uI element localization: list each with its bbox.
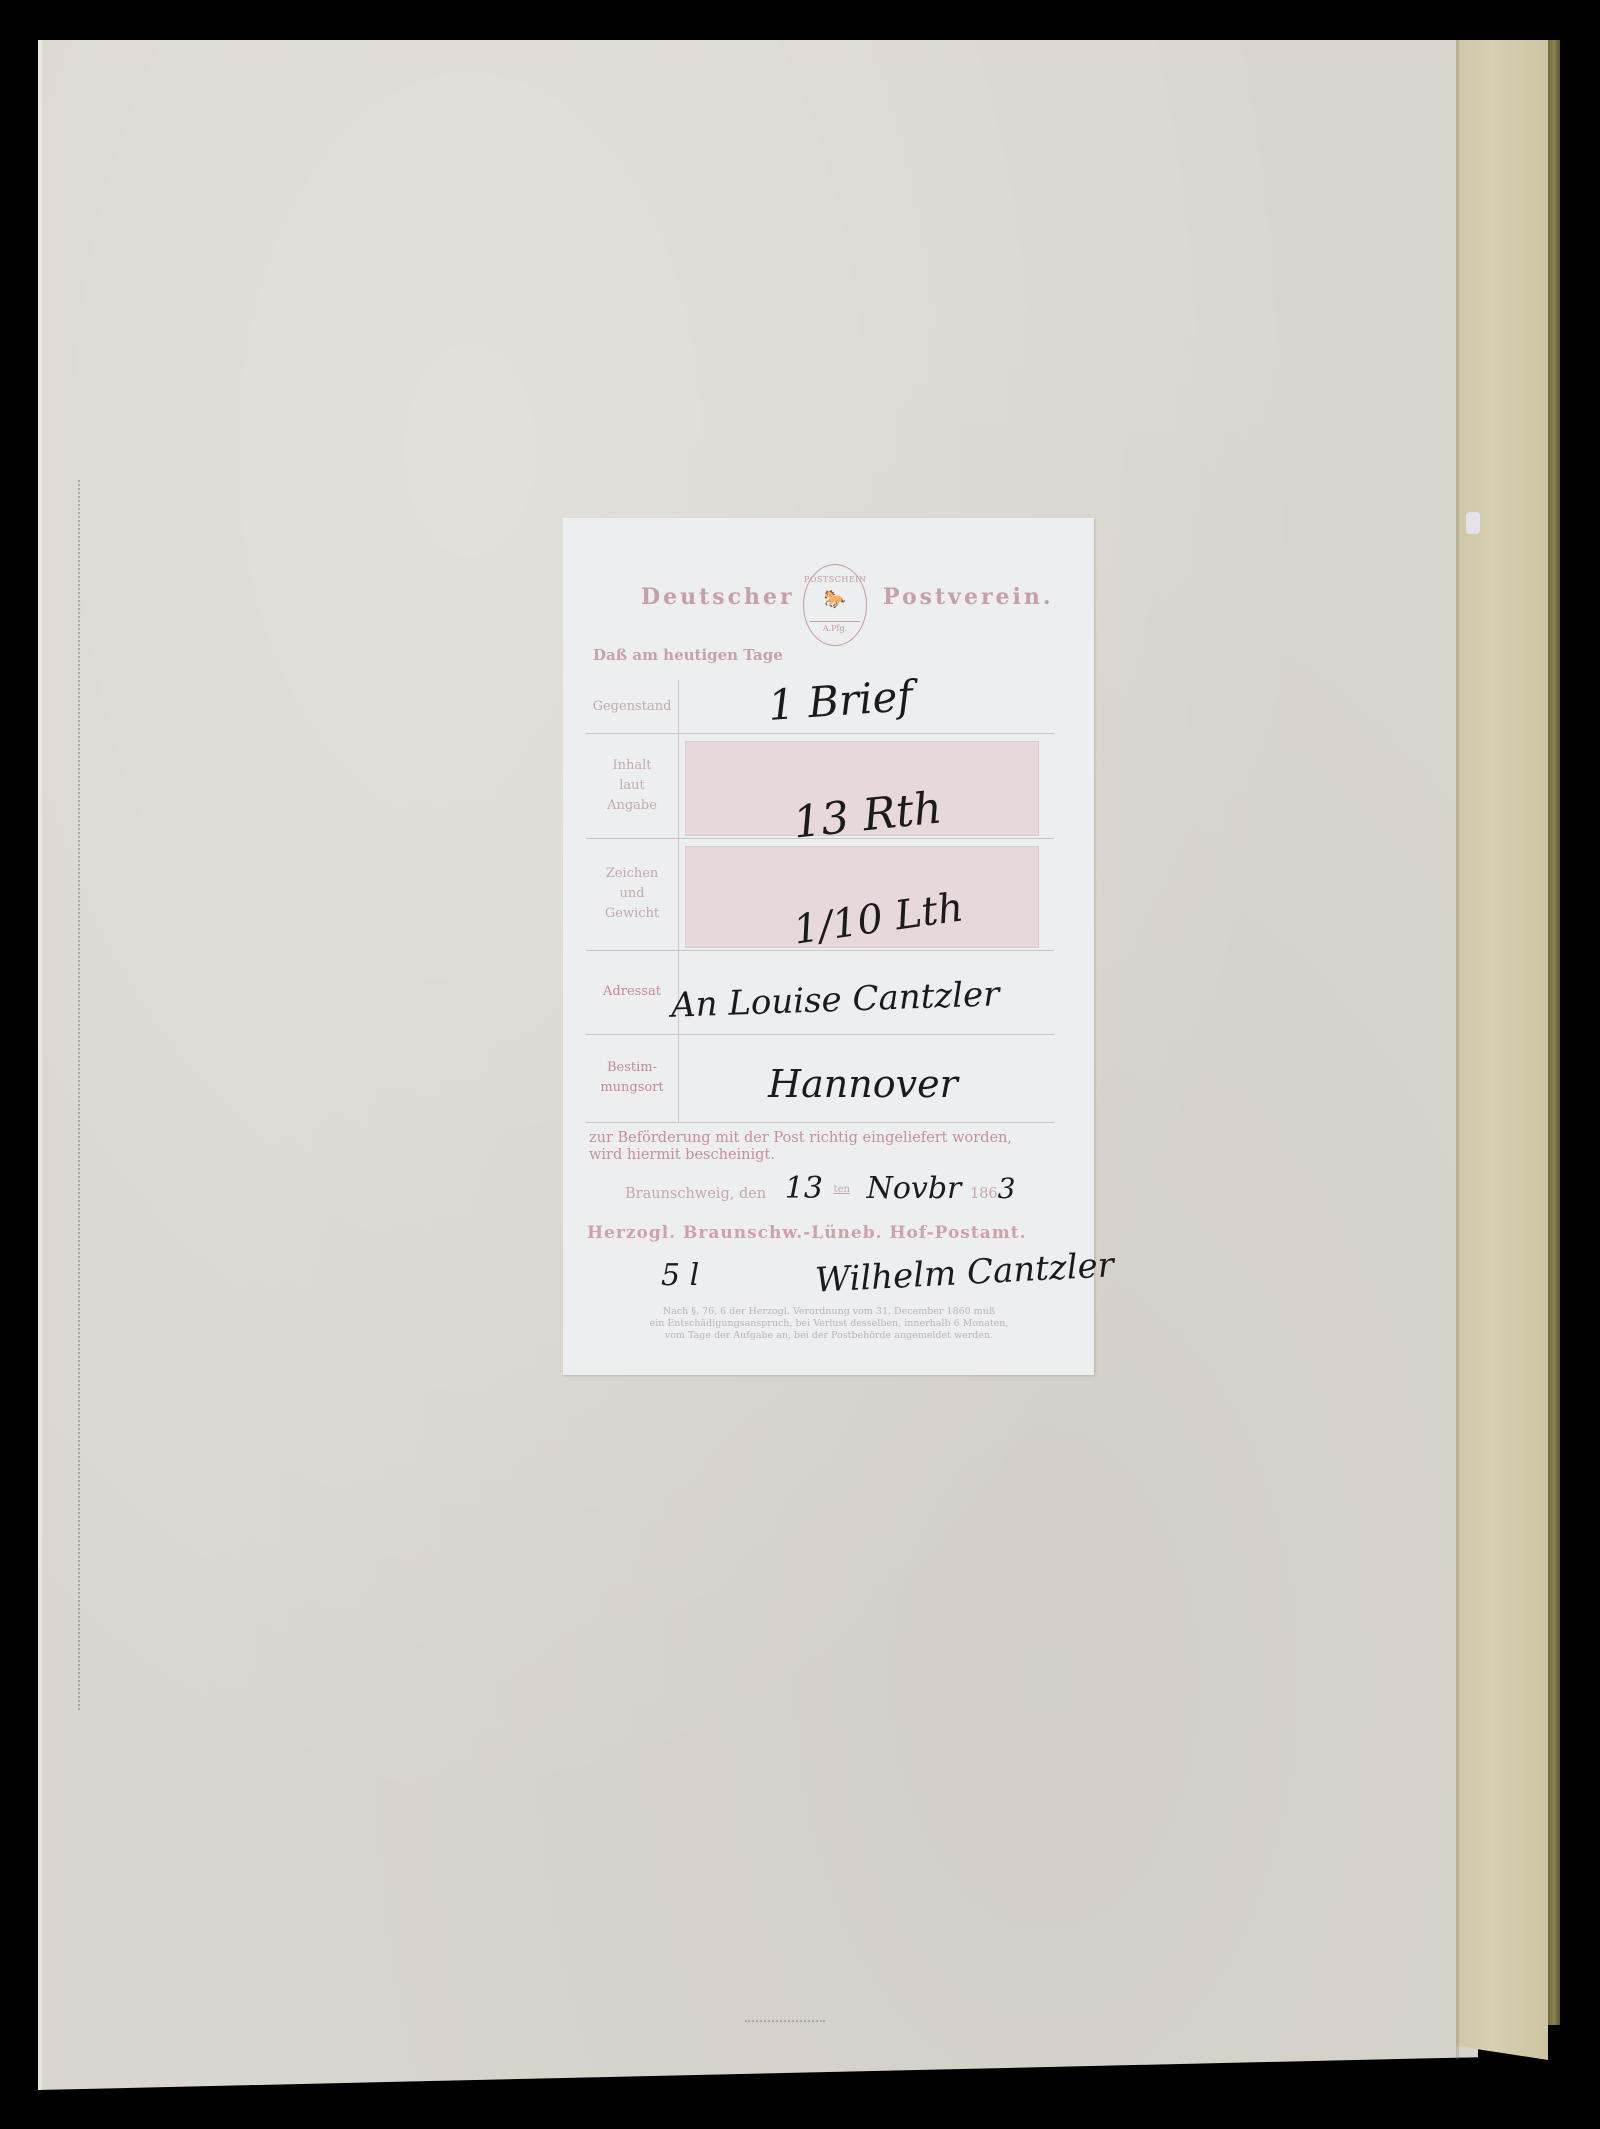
place-date-line: Braunschweig, den 13 ten Novbr 1863	[625, 1180, 1105, 1203]
label-line: und	[619, 884, 644, 904]
row-label: Adressat	[586, 950, 679, 1034]
header-left-title: Deutscher	[641, 584, 795, 610]
receipt-header: Deutscher POSTSCHEIN 🐎 A.Pfg. Postverein…	[563, 564, 1094, 634]
header-right-title: Postverein.	[883, 584, 1054, 610]
album-spine-edge	[1548, 40, 1560, 2025]
stamp-top-text: POSTSCHEIN	[804, 575, 866, 584]
handwritten-destination: Hannover	[768, 1062, 958, 1106]
handwritten-month: Novbr	[867, 1171, 962, 1206]
stamp-value-text: A.Pfg.	[810, 621, 860, 633]
perforation-line	[78, 480, 80, 1710]
label-line: Inhalt	[612, 756, 651, 776]
fine-print-line: Nach §. 76, 6 der Herzogl. Verordnung vo…	[589, 1306, 1069, 1318]
post-office-name: Herzogl. Braunschw.-Lüneb. Hof-Postamt.	[587, 1223, 1027, 1243]
postschein-stamp-icon: POSTSCHEIN 🐎 A.Pfg.	[803, 564, 867, 646]
intro-text: Daß am heutigen Tage	[593, 646, 783, 664]
label-line: Angabe	[607, 796, 657, 816]
label-line: Bestim-	[607, 1058, 657, 1078]
fine-print-line: ein Entschädigungsanspruch, bei Verlust …	[589, 1318, 1069, 1330]
page-edge	[38, 40, 42, 2090]
handwritten-day: 13	[785, 1171, 823, 1206]
place-prefix: Braunschweig, den	[625, 1186, 766, 1202]
label-line: Zeichen	[606, 864, 659, 884]
confirmation-line: wird hiermit bescheinigt.	[589, 1147, 1069, 1164]
handwritten-year-digit: 3	[998, 1172, 1016, 1205]
handwritten-item: 1 Brief	[766, 671, 914, 730]
label-line: mungsort	[600, 1078, 663, 1098]
row-label: Inhalt laut Angabe	[586, 733, 679, 838]
paper-damage-spot	[1466, 512, 1480, 534]
intro-line: Daß am heutigen Tage	[593, 646, 783, 664]
row-label: Zeichen und Gewicht	[586, 838, 679, 950]
horse-emblem-icon: 🐎	[804, 589, 866, 610]
date-suffix: ten	[834, 1184, 850, 1195]
row-label: Gegenstand	[586, 680, 679, 733]
confirmation-line: zur Beförderung mit der Post richtig ein…	[589, 1130, 1069, 1147]
official-signature: Wilhelm Cantzler	[814, 1245, 1115, 1301]
fine-print-line: vom Tage der Aufgabe an, bei der Postbeh…	[589, 1330, 1069, 1342]
handwritten-fee: 5 l	[661, 1258, 699, 1293]
regulation-fine-print: Nach §. 76, 6 der Herzogl. Verordnung vo…	[589, 1306, 1069, 1342]
label-line: Gewicht	[605, 904, 659, 924]
postal-receipt-card: Deutscher POSTSCHEIN 🐎 A.Pfg. Postverein…	[563, 518, 1094, 1375]
label-line: laut	[619, 776, 645, 796]
album-hinge-strip	[1456, 40, 1548, 2060]
year-prefix: 186	[970, 1186, 998, 1202]
pencil-mark	[745, 2020, 825, 2025]
row-label: Bestim- mungsort	[586, 1034, 679, 1122]
hinge-fold	[1456, 40, 1459, 2060]
confirmation-text: zur Beförderung mit der Post richtig ein…	[589, 1130, 1069, 1164]
